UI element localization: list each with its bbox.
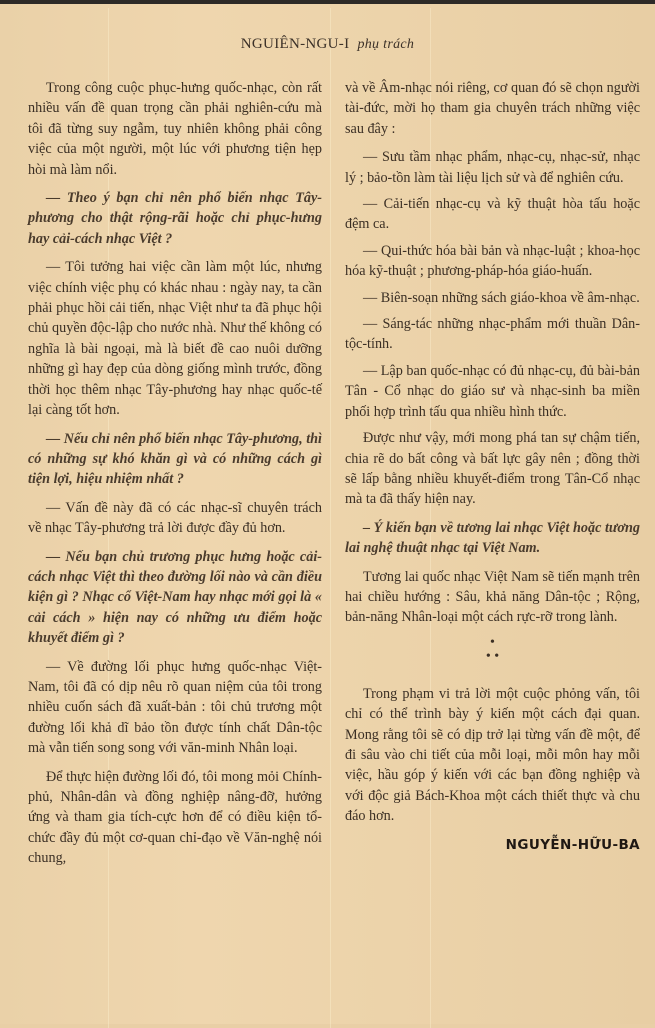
- closing-paragraph: Trong phạm vi trả lời một cuộc phỏng vấn…: [345, 684, 640, 827]
- question-paragraph: — Nếu bạn chủ trương phục hưng hoặc cải-…: [28, 547, 322, 649]
- header-role: phụ trách: [357, 37, 414, 52]
- answer-continuation: và về Âm-nhạc nói riêng, cơ quan đó sẽ c…: [345, 78, 640, 139]
- left-column: Trong công cuộc phục-hưng quốc-nhạc, còn…: [28, 78, 322, 877]
- answer-paragraph: Tương lai quốc nhạc Việt Nam sẽ tiến mạn…: [345, 567, 640, 628]
- list-item: — Lập ban quốc-nhạc có đủ nhạc-cụ, đủ bà…: [345, 361, 640, 422]
- answer-paragraph: — Về đường lối phục hưng quốc-nhạc Việt-…: [28, 657, 322, 759]
- question-paragraph: — Theo ý bạn chỉ nên phổ biến nhạc Tây-p…: [28, 188, 322, 249]
- list-item: — Cải-tiến nhạc-cụ và kỹ thuật hòa tấu h…: [345, 194, 640, 235]
- author-signature: NGUYỄN-HỮU-BA: [345, 835, 640, 855]
- question-paragraph: – Ý kiến bạn về tương lai nhạc Việt hoặc…: [345, 518, 640, 559]
- paragraph-intro: Trong công cuộc phục-hưng quốc-nhạc, còn…: [28, 78, 322, 180]
- list-item: — Qui-thức hóa bài bản và nhạc-luật ; kh…: [345, 241, 640, 282]
- answer-paragraph: Để thực hiện đường lối đó, tôi mong mỏi …: [28, 767, 322, 869]
- magazine-page: NGUIÊN-NGU-I phụ trách Trong công cuộc p…: [0, 4, 655, 1024]
- list-item: — Sáng-tác những nhạc-phẩm mới thuần Dân…: [345, 314, 640, 355]
- list-item: — Biên-soạn những sách giáo-khoa về âm-n…: [345, 288, 640, 308]
- answer-paragraph: Được như vậy, mới mong phá tan sự chậm t…: [345, 428, 640, 510]
- answer-paragraph: — Vấn đề này đã có các nhạc-sĩ chuyên tr…: [28, 498, 322, 539]
- paper-fold-line: [330, 8, 331, 1024]
- page-header: NGUIÊN-NGU-I phụ trách: [0, 36, 655, 53]
- question-paragraph: — Nếu chỉ nên phổ biến nhạc Tây-phương, …: [28, 429, 322, 490]
- right-column: và về Âm-nhạc nói riêng, cơ quan đó sẽ c…: [345, 78, 640, 855]
- header-author: NGUIÊN-NGU-I: [241, 36, 350, 52]
- list-item: — Sưu tầm nhạc phẩm, nhạc-cụ, nhạc-sử, n…: [345, 147, 640, 188]
- section-separator: •• •: [345, 636, 640, 664]
- answer-paragraph: — Tôi tưởng hai việc cần làm một lúc, nh…: [28, 257, 322, 420]
